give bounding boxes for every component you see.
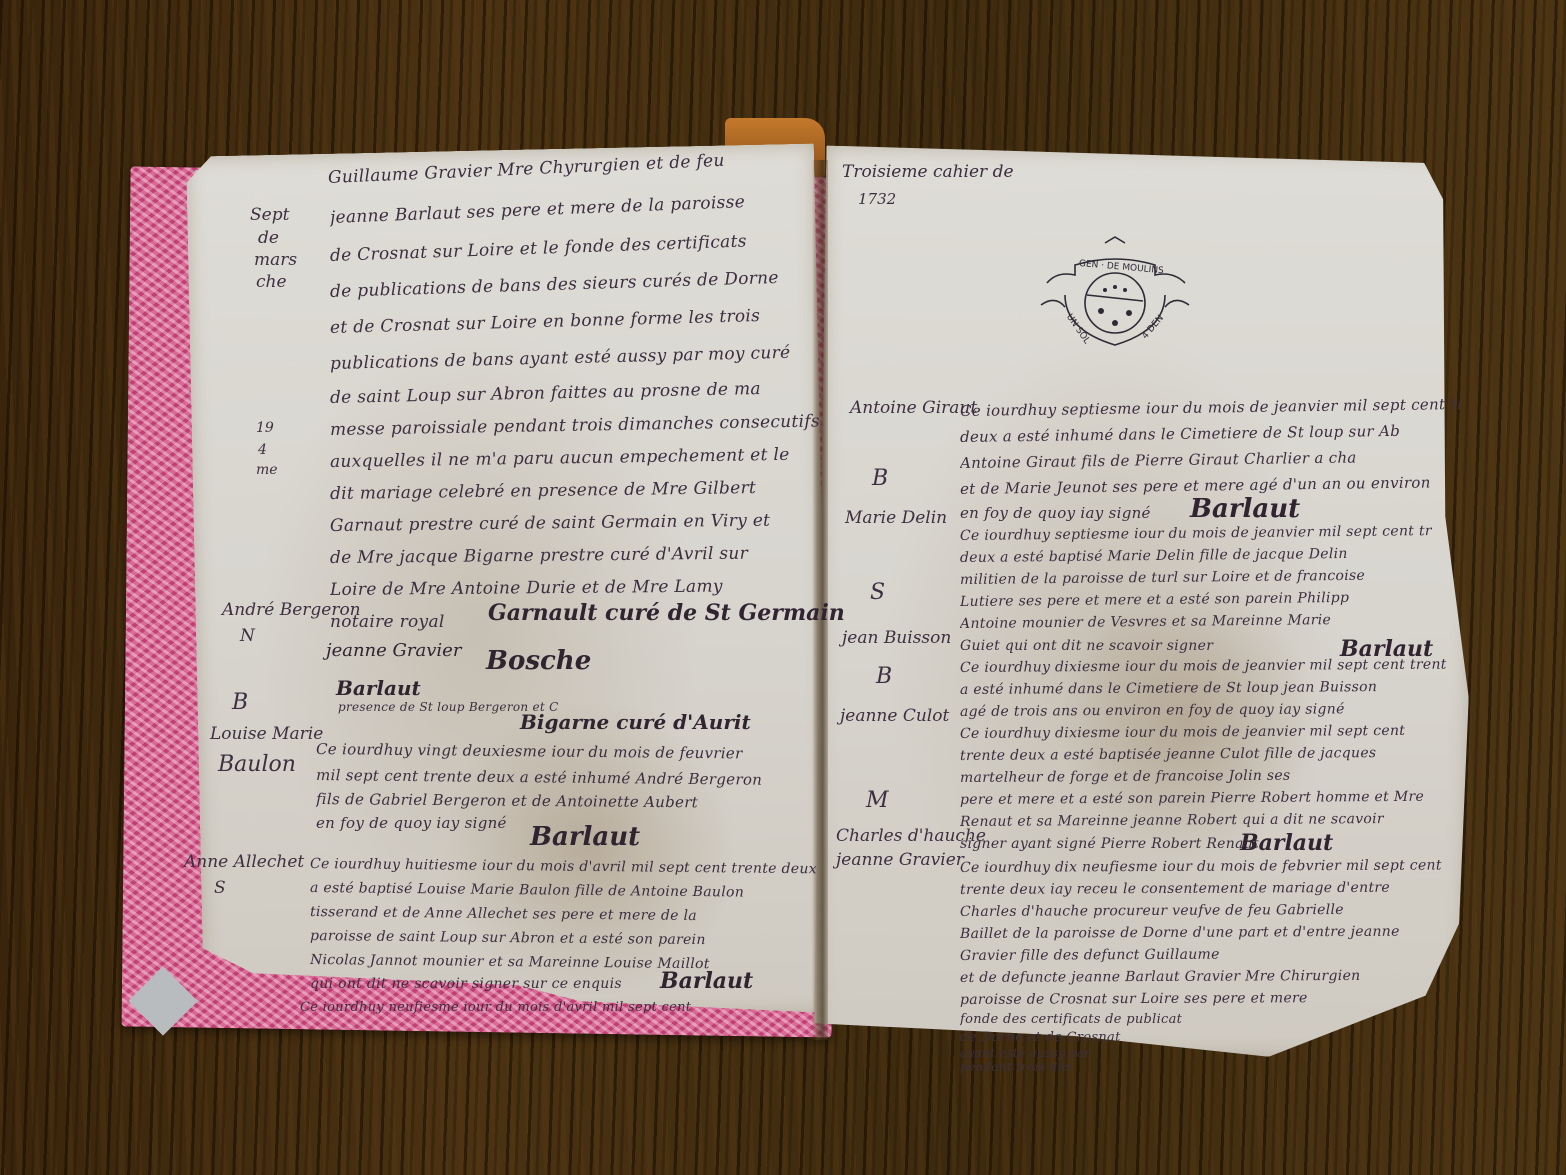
margin-note: jeanne Gravier	[836, 850, 964, 870]
entry-line: en foy de quoy iay signé	[316, 814, 516, 832]
entry-line: Loire de Mre Antoine Durie et de Mre Lam…	[330, 576, 820, 600]
entry-line: Baillet de la paroisse de Dorne d'une pa…	[960, 923, 1460, 942]
margin-note: S	[870, 580, 885, 605]
stamp-bottom-left: UN SOL	[1064, 312, 1092, 346]
entry-line: qui ont dit ne scavoir signer sur ce enq…	[310, 976, 670, 992]
entry-line: pendant trois dim	[960, 1060, 1160, 1074]
page-header: Troisieme cahier de	[842, 162, 1014, 182]
entry-line: Charles d'hauche procureur veufve de feu…	[960, 901, 1460, 920]
page-year: 1732	[858, 190, 896, 208]
margin-note: Louise Marie	[210, 724, 323, 744]
signature: Garnault curé de St Germain	[488, 600, 845, 626]
signature: Barlaut	[660, 968, 753, 994]
tax-stamp: GEN · DE MOULINS UN SOL 4 DEN	[1035, 235, 1195, 355]
margin-note: Sept	[250, 205, 289, 225]
signature: Barlaut	[1240, 830, 1333, 856]
margin-note: de	[258, 228, 279, 248]
entry-line: fonde des certificats de publicat	[960, 1012, 1220, 1027]
margin-note: Antoine Giraut	[850, 398, 977, 418]
margin-note: 19	[256, 420, 274, 436]
entry-line: paroisse de Crosnat sur Loire ses pere e…	[960, 989, 1460, 1008]
signature: Bigarne curé d'Aurit	[520, 710, 751, 734]
margin-note: Anne Allechet	[184, 852, 304, 872]
margin-note: Marie Delin	[845, 508, 947, 528]
signature: jeanne Gravier	[326, 640, 461, 661]
margin-note: 4	[258, 442, 267, 458]
margin-note: M	[866, 788, 889, 813]
entry-line: Ce iourdhuy dix neufiesme iour du mois d…	[960, 857, 1460, 876]
signature: Bosche	[486, 646, 591, 676]
signature: Barlaut	[530, 822, 640, 852]
margin-note: jeanne Culot	[840, 706, 949, 726]
open-register-book: Troisieme cahier de 1732 GEN · DE MOULIN…	[0, 0, 1566, 1175]
coat-of-arms-icon	[1041, 237, 1189, 345]
entry-line: signer ayant signé Pierre Robert Renaut	[960, 836, 1260, 852]
margin-note: mars	[254, 250, 297, 270]
entry-line: Gravier fille des defunct Guillaume	[960, 945, 1460, 964]
entry-line: et de defuncte jeanne Barlaut Gravier Mr…	[960, 967, 1460, 986]
margin-note: Baulon	[218, 752, 296, 777]
entry-line: Ce iourdhuy neufiesme iour du mois d'avr…	[300, 1000, 810, 1015]
entry-line: de Dorne et de Crosnat	[960, 1030, 1220, 1045]
margin-note: N	[240, 626, 255, 646]
entry-line: ayant esté aussy par	[960, 1046, 1160, 1060]
margin-note: me	[256, 462, 278, 478]
stamp-bottom-right: 4 DEN	[1140, 313, 1166, 341]
margin-note: jean Buisson	[842, 628, 951, 648]
margin-note: B	[876, 664, 892, 689]
signature: Barlaut	[336, 676, 421, 700]
margin-note: B	[872, 466, 888, 491]
entry-line: Guiet qui ont dit ne scavoir signer	[960, 638, 1280, 654]
entry-line: en foy de quoy iay signé	[960, 504, 1160, 522]
margin-note: B	[232, 690, 248, 715]
margin-note: che	[256, 272, 287, 292]
entry-line: notaire royal	[330, 612, 480, 632]
signature: Barlaut	[1190, 494, 1300, 524]
entry-line: trente deux iay receu le consentement de…	[960, 879, 1460, 898]
margin-note: S	[214, 878, 226, 898]
